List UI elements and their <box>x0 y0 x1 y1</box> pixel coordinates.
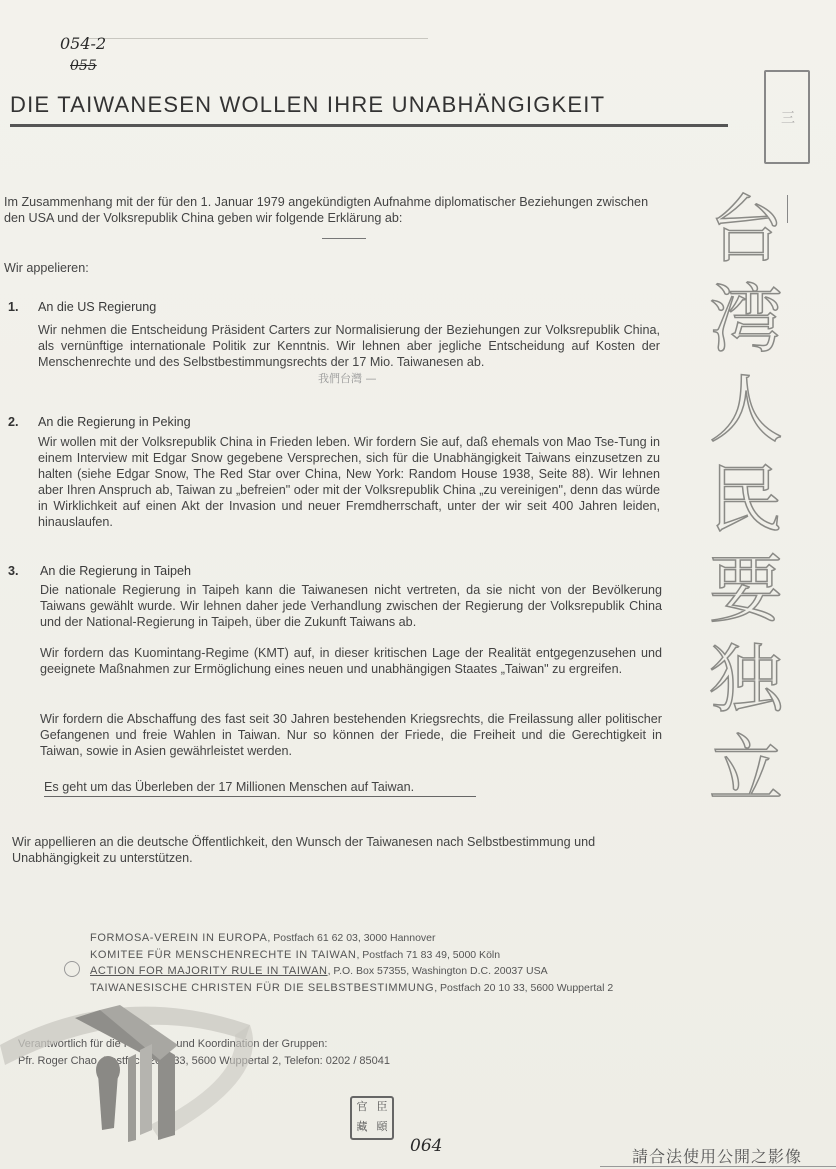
archive-side-box: 三 <box>764 70 810 164</box>
section-3-emphasis: Es geht um das Überleben der 17 Millione… <box>44 779 414 795</box>
section-2-body: Wir wollen mit der Volksrepublik China i… <box>38 434 660 530</box>
document-page: 054-2 055 DIE TAIWANESEN WOLLEN IHRE UNA… <box>0 0 836 1169</box>
section-3-paragraph-1: Die nationale Regierung in Taipeh kann d… <box>40 582 662 630</box>
section-1-number: 1. <box>8 300 19 314</box>
section-3-paragraph-2: Wir fordern das Kuomintang-Regime (KMT) … <box>40 645 662 677</box>
archive-logo-icon <box>0 970 260 1150</box>
section-3-paragraph-3: Wir fordern die Abschaffung des fast sei… <box>40 711 662 759</box>
top-rule <box>88 38 428 39</box>
section-2-number: 2. <box>8 415 19 429</box>
title-underline <box>10 124 728 127</box>
section-3-heading: An die Regierung in Taipeh <box>40 564 191 578</box>
closing-paragraph: Wir appellieren an die deutsche Öffentli… <box>12 834 672 866</box>
section-2-heading: An die Regierung in Peking <box>38 415 191 429</box>
handwritten-vertical-slogan: 台湾人民要独立 <box>690 190 790 820</box>
separator <box>322 238 366 239</box>
page-number: 064 <box>410 1136 442 1156</box>
intro-paragraph: Im Zusammenhang mit der für den 1. Janua… <box>4 194 664 226</box>
usage-watermark: 請合法使用公開之影像 <box>632 1144 802 1167</box>
seal-stamp-icon: 官 臣 藏 頤 <box>350 1096 394 1140</box>
section-1-body: Wir nehmen die Entscheidung Präsident Ca… <box>38 322 660 370</box>
organization-item: KOMITEE FÜR MENSCHENRECHTE IN TAIWAN, Po… <box>90 947 613 964</box>
section-1-heading: An die US Regierung <box>38 300 156 314</box>
bottom-rule <box>600 1166 836 1167</box>
handwritten-margin-note: 我們台灣 — <box>318 370 377 386</box>
document-title: DIE TAIWANESEN WOLLEN IHRE UNABHÄNGIGKEI… <box>10 92 605 118</box>
archive-id-struck: 055 <box>70 58 97 74</box>
section-3-number: 3. <box>8 564 19 578</box>
archive-id: 054-2 <box>60 34 106 53</box>
emphasis-underline <box>44 796 476 797</box>
appeal-intro: Wir appelieren: <box>4 260 89 276</box>
organization-item: FORMOSA-VEREIN IN EUROPA, Postfach 61 62… <box>90 930 613 947</box>
